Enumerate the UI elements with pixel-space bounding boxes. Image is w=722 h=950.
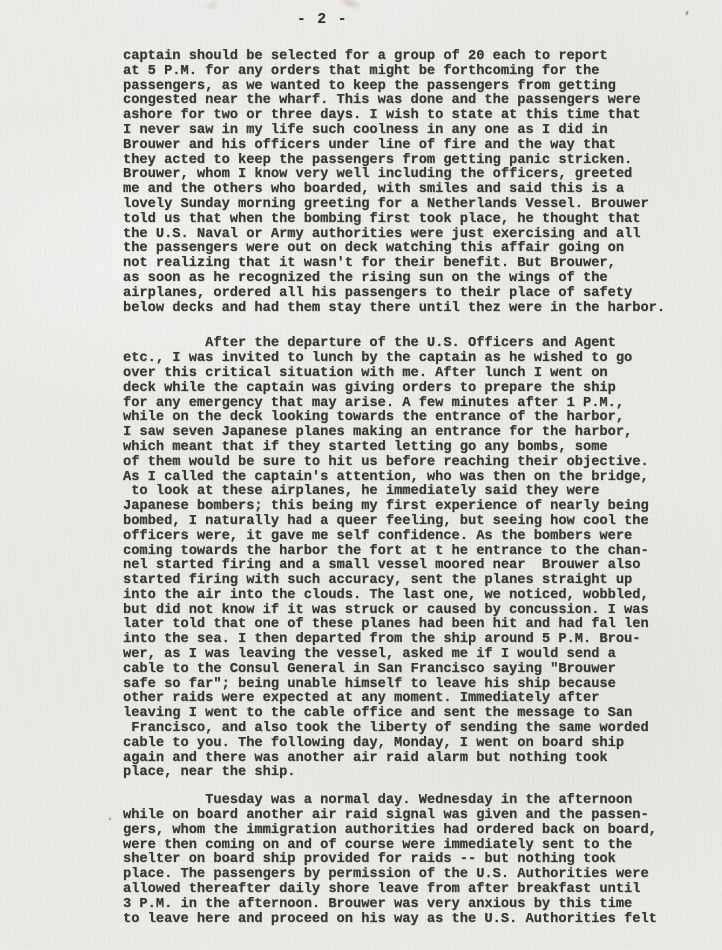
text-line: place, near the ship. xyxy=(123,766,698,781)
text-line: they acted to keep the passengers from g… xyxy=(123,154,698,169)
text-line: Francisco, and also took the liberty of … xyxy=(123,722,698,737)
text-line: As I called the captain's attention, who… xyxy=(123,471,698,486)
text-line: etc., I was invited to lunch by the capt… xyxy=(123,352,698,367)
text-line: later told that one of these planes had … xyxy=(123,618,698,633)
text-line: other raids were expected at any moment.… xyxy=(123,692,698,707)
text-line: of them would be sure to hit us before r… xyxy=(123,456,698,471)
paragraph: captain should be selected for a group o… xyxy=(123,50,698,316)
text-line: ashore for two or three days. I wish to … xyxy=(123,109,698,124)
text-line: Japanese bombers; this being my first ex… xyxy=(123,500,698,515)
text-line: After the departure of the U.S. Officers… xyxy=(123,337,698,352)
text-line: cable to you. The following day, Monday,… xyxy=(123,737,698,752)
text-line: bombed, I naturally had a queer feeling,… xyxy=(123,515,698,530)
text-line: wer, as I was leaving the vessel, asked … xyxy=(123,648,698,663)
text-line: safe so far"; being unable himself to le… xyxy=(123,678,698,693)
paragraph: Tuesday was a normal day. Wednesday in t… xyxy=(123,794,698,927)
paper-stain xyxy=(198,0,227,17)
text-line: while on board another air raid signal w… xyxy=(123,809,698,824)
text-line: were then coming on and of course were i… xyxy=(123,839,698,854)
text-line: which meant that if they started letting… xyxy=(123,441,698,456)
text-line: started firing with such accuracy, sent … xyxy=(123,574,698,589)
text-line: Brouwer, whom I know very well including… xyxy=(123,168,698,183)
page-number: - 2 - xyxy=(297,12,348,28)
text-line: 3 P.M. in the afternoon. Brouwer was ver… xyxy=(123,898,698,913)
text-line: Brouwer and his officers under line of f… xyxy=(123,139,698,154)
text-line: shelter on board ship provided for raids… xyxy=(123,853,698,868)
text-line: I saw seven Japanese planes making an en… xyxy=(123,426,698,441)
text-line: leaving I went to the cable office and s… xyxy=(123,707,698,722)
text-line: into the sea. I then departed from the s… xyxy=(123,633,698,648)
text-line: captain should be selected for a group o… xyxy=(123,50,698,65)
text-line: but did not know if it was struck or cau… xyxy=(123,604,698,619)
letter-body: captain should be selected for a group o… xyxy=(123,50,698,927)
ink-speck xyxy=(108,817,112,821)
text-line: into the air into the clouds. The last o… xyxy=(123,589,698,604)
text-line: I never saw in my life such coolness in … xyxy=(123,124,698,139)
text-line: nel started firing and a small vessel mo… xyxy=(123,559,698,574)
scanned-letter-page: - 2 - captain should be selected for a g… xyxy=(0,0,722,950)
text-line: congested near the wharf. This was done … xyxy=(123,94,698,109)
text-line: at 5 P.M. for any orders that might be f… xyxy=(123,65,698,80)
text-line: Tuesday was a normal day. Wednesday in t… xyxy=(123,794,698,809)
text-line: the passengers were out on deck watching… xyxy=(123,242,698,257)
text-line: cable to the Consul General in San Franc… xyxy=(123,663,698,678)
text-line: not realizing that it wasn't for their b… xyxy=(123,257,698,272)
text-line: coming towards the harbor the fort at t … xyxy=(123,545,698,560)
text-line: deck while the captain was giving orders… xyxy=(123,382,698,397)
text-line: allowed thereafter daily shore leave fro… xyxy=(123,883,698,898)
text-line: to leave here and proceed on his way as … xyxy=(123,913,698,928)
text-line: place. The passengers by permission of t… xyxy=(123,868,698,883)
text-line: told us that when the bombing first took… xyxy=(123,213,698,228)
text-line: lovely Sunday morning greeting for a Net… xyxy=(123,198,698,213)
text-line: airplanes, ordered all his passengers to… xyxy=(123,287,698,302)
text-line: officers were, it gave me self confidenc… xyxy=(123,530,698,545)
text-line: for any emergency that may arise. A few … xyxy=(123,397,698,412)
text-line: passengers, as we wanted to keep the pas… xyxy=(123,80,698,95)
text-line: the U.S. Naval or Army authorities were … xyxy=(123,228,698,243)
paragraph: After the departure of the U.S. Officers… xyxy=(123,337,698,781)
text-line: over this critical situation with me. Af… xyxy=(123,367,698,382)
text-line: as soon as he recognized the rising sun … xyxy=(123,272,698,287)
text-line: me and the others who boarded, with smil… xyxy=(123,183,698,198)
text-line: while on the deck looking towards the en… xyxy=(123,411,698,426)
ink-speck xyxy=(684,9,690,18)
text-line: below decks and had them stay there unti… xyxy=(123,302,698,317)
text-line: again and there was another air raid ala… xyxy=(123,752,698,767)
text-line: to look at these airplanes, he immediate… xyxy=(123,485,698,500)
text-line: gers, whom the immigration authorities h… xyxy=(123,824,698,839)
